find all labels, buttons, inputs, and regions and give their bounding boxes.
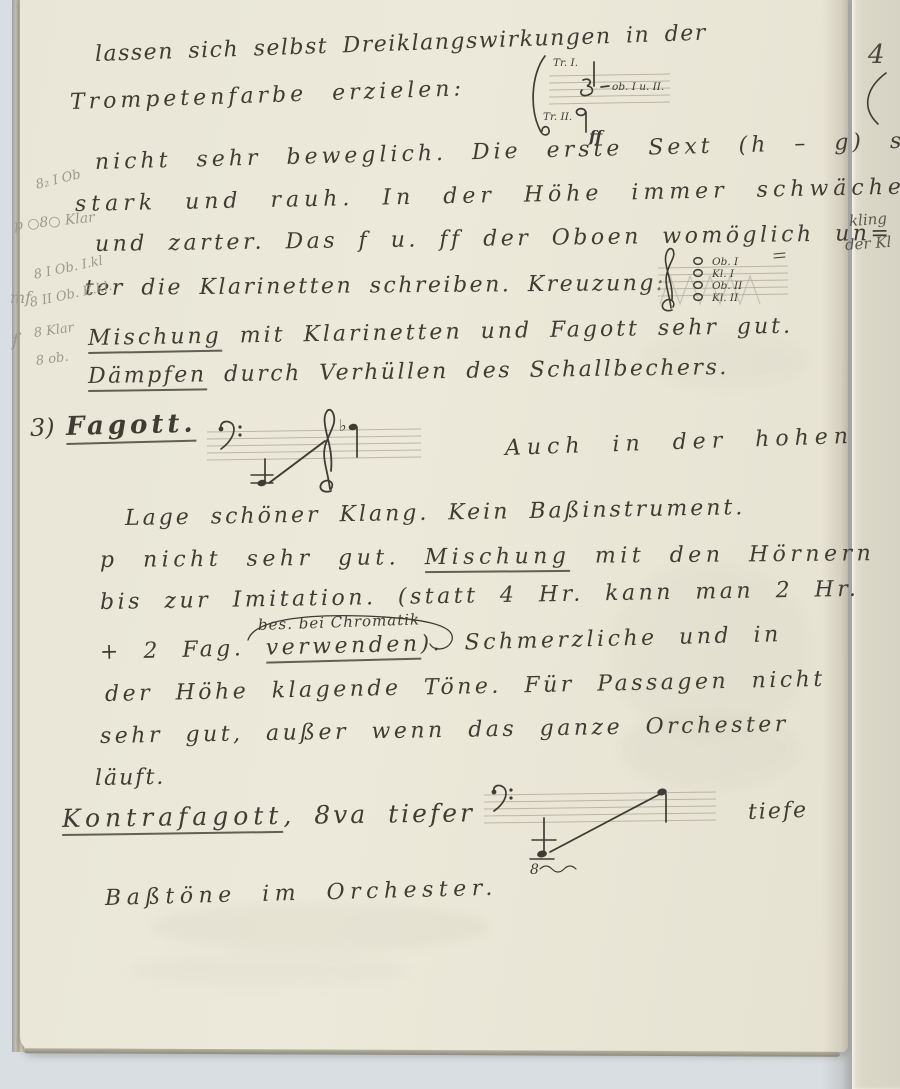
handwritten-line: läuft. (95, 765, 166, 791)
handwritten-line: ter die Klarinetten schreiben. Kreuzung: (85, 271, 666, 301)
bleedthrough-smudge (150, 902, 490, 952)
label-dash (601, 86, 609, 87)
underlined-term: Mischung (425, 544, 571, 573)
bass-clef-icon (219, 422, 242, 449)
voice-label: Kl. II (711, 292, 739, 304)
facing-page-flourish (852, 70, 894, 128)
staff-lines (484, 792, 716, 823)
facing-page-fragment: kling (848, 209, 887, 230)
line-text: p nicht sehr gut. (100, 545, 425, 573)
music-example-4: 8 (480, 780, 720, 880)
range-line (269, 441, 325, 483)
range-line (550, 794, 660, 852)
staff-lines (207, 429, 421, 460)
bleedthrough-smudge (130, 952, 410, 988)
voice-label: Kl. I (711, 268, 735, 280)
flat-accidental: ♭ (339, 416, 347, 435)
voice-label: Ob. I (712, 256, 739, 268)
facing-page-number: 4 (868, 40, 885, 70)
equals-mark (774, 253, 785, 258)
line-text: + 2 Fag. (100, 636, 266, 665)
facing-page-fragment: der Kl (844, 233, 892, 254)
margin-annotation-dynamic: f (12, 330, 19, 351)
music-example-1: Tr. I. Tr. II. ob. I u. II. ff (515, 52, 690, 147)
underlined-term: verwenden (265, 632, 420, 664)
line-text: , 8va tiefer (283, 798, 475, 830)
line-text: mit den Hörnern (570, 541, 875, 569)
music-example-3: ♭ (205, 405, 427, 505)
handwritten-line: tiefe (748, 798, 809, 825)
trumpet-2-label: Tr. II. (543, 111, 572, 123)
section-number: 3) (30, 413, 56, 442)
section-title: Fagott. (66, 409, 197, 442)
underlined-term: Kontrafagott (62, 801, 284, 836)
octave-mark-label: 8 (530, 862, 539, 878)
high-note (348, 423, 358, 457)
stacked-whole-notes (694, 258, 702, 301)
octave-squiggle (540, 866, 576, 872)
handwritten-line: Kontrafagott, 8va tiefer (62, 798, 475, 833)
high-note (657, 788, 668, 822)
notebook-photo: lassen sich selbst Dreiklangswirkungen i… (0, 0, 900, 1089)
underlined-term: Fagott. (66, 409, 197, 445)
underlined-term: Dämpfen (88, 362, 207, 392)
underlined-term: Mischung (88, 324, 222, 354)
trumpet-1-label: Tr. I. (553, 57, 578, 69)
low-note (530, 818, 556, 859)
system-brace (533, 56, 549, 135)
voice-label: Ob. II (712, 280, 743, 292)
dynamic-ff-label: ff (588, 127, 605, 146)
oboe-doubling-label: ob. I u. II. (612, 81, 664, 93)
music-example-2: Ob. I Kl. I Ob. II Kl. II (648, 246, 803, 336)
bass-clef-icon (492, 785, 513, 811)
